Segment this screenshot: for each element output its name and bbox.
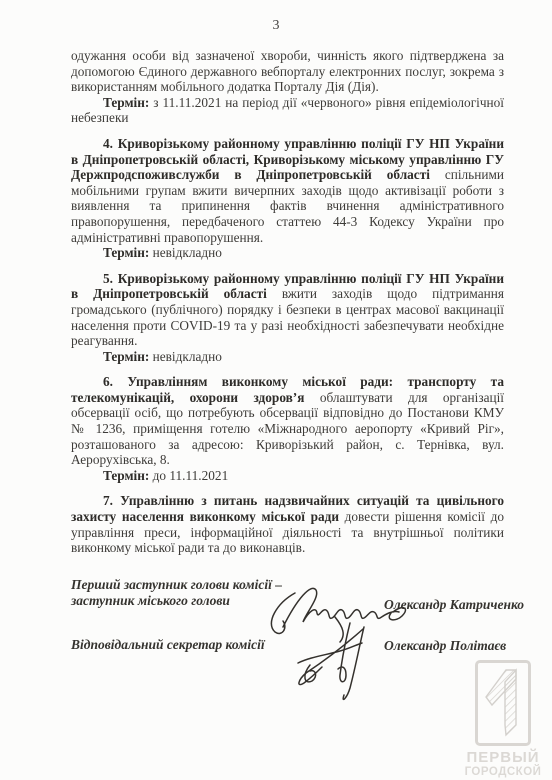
- watermark-text-line-2: ГОРОДСКОЙ: [458, 766, 548, 778]
- watermark-digit-one-icon: [475, 660, 531, 746]
- page-number: 3: [0, 18, 552, 34]
- term-text: невідкладно: [153, 245, 222, 260]
- term-label: Термін:: [103, 468, 149, 483]
- term-label: Термін:: [103, 245, 149, 260]
- paragraph-lead: 4. Криворізькому районному управлінню по…: [71, 136, 504, 182]
- document-body: одужання особи від зазначеної хвороби, ч…: [71, 48, 504, 556]
- document-page: 3 одужання особи від зазначеної хвороби,…: [0, 0, 552, 780]
- term-text: невідкладно: [153, 349, 222, 364]
- term-line: Термін: невідкладно: [71, 349, 504, 365]
- paragraph-7: 7. Управлінню з питань надзвичайних ситу…: [71, 493, 504, 555]
- paragraph-text: одужання особи від зазначеної хвороби, ч…: [71, 48, 504, 94]
- term-line: Термін: невідкладно: [71, 245, 504, 261]
- term-text: до 11.11.2021: [153, 468, 229, 483]
- paragraph-4: 4. Криворізькому районному управлінню по…: [71, 136, 504, 245]
- term-label: Термін:: [103, 95, 149, 110]
- term-line: Термін: з 11.11.2021 на період дії «черв…: [71, 95, 504, 126]
- term-label: Термін:: [103, 349, 149, 364]
- handwritten-signatures: [213, 577, 413, 707]
- term-line: Термін: до 11.11.2021: [71, 468, 504, 484]
- watermark-text-line-1: ПЕРВЫЙ: [458, 749, 548, 766]
- watermark-logo: ПЕРВЫЙ ГОРОДСКОЙ: [458, 660, 548, 778]
- paragraph-continuation: одужання особи від зазначеної хвороби, ч…: [71, 48, 504, 95]
- paragraph-6: 6. Управлінням виконкому міської ради: т…: [71, 374, 504, 468]
- paragraph-5: 5. Криворізькому районному управлінню по…: [71, 271, 504, 349]
